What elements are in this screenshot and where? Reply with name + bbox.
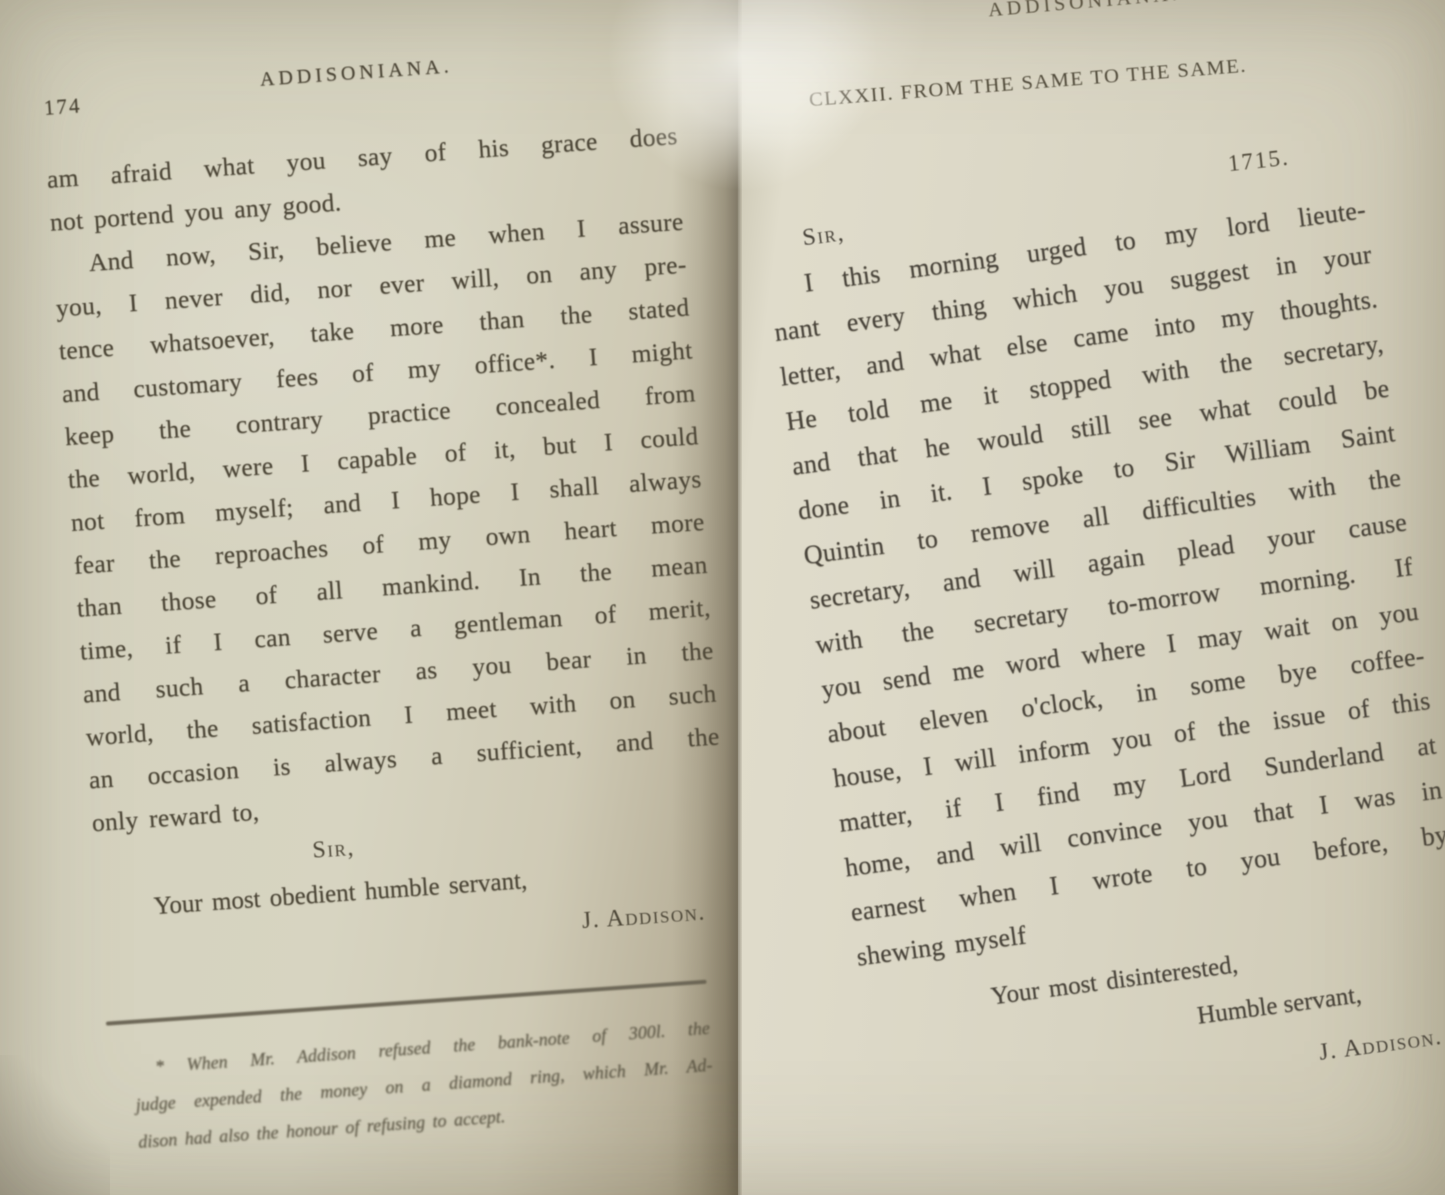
- bottom-left-corner-shadow: [0, 1055, 110, 1195]
- left-page-body-text: am afraid what you say of his grace does…: [45, 114, 723, 844]
- left-running-header: ADDISONIANA.: [40, 36, 672, 107]
- left-page: 174 ADDISONIANA. am afraid what you say …: [0, 0, 738, 1195]
- open-book-photo: 174 ADDISONIANA. am afraid what you say …: [0, 0, 1445, 1195]
- left-page-header: 174 ADDISONIANA.: [40, 36, 674, 132]
- right-page-body-text: I this morning urged to my lord lieute-n…: [766, 187, 1445, 979]
- left-page-content: 174 ADDISONIANA. am afraid what you say …: [40, 36, 746, 1162]
- right-page-content: Sir, I this morning urged to my lord lie…: [760, 143, 1445, 1134]
- left-page-footnote: * When Mr. Addison refused the bank-note…: [132, 1009, 716, 1160]
- left-page-number: 174: [43, 93, 82, 121]
